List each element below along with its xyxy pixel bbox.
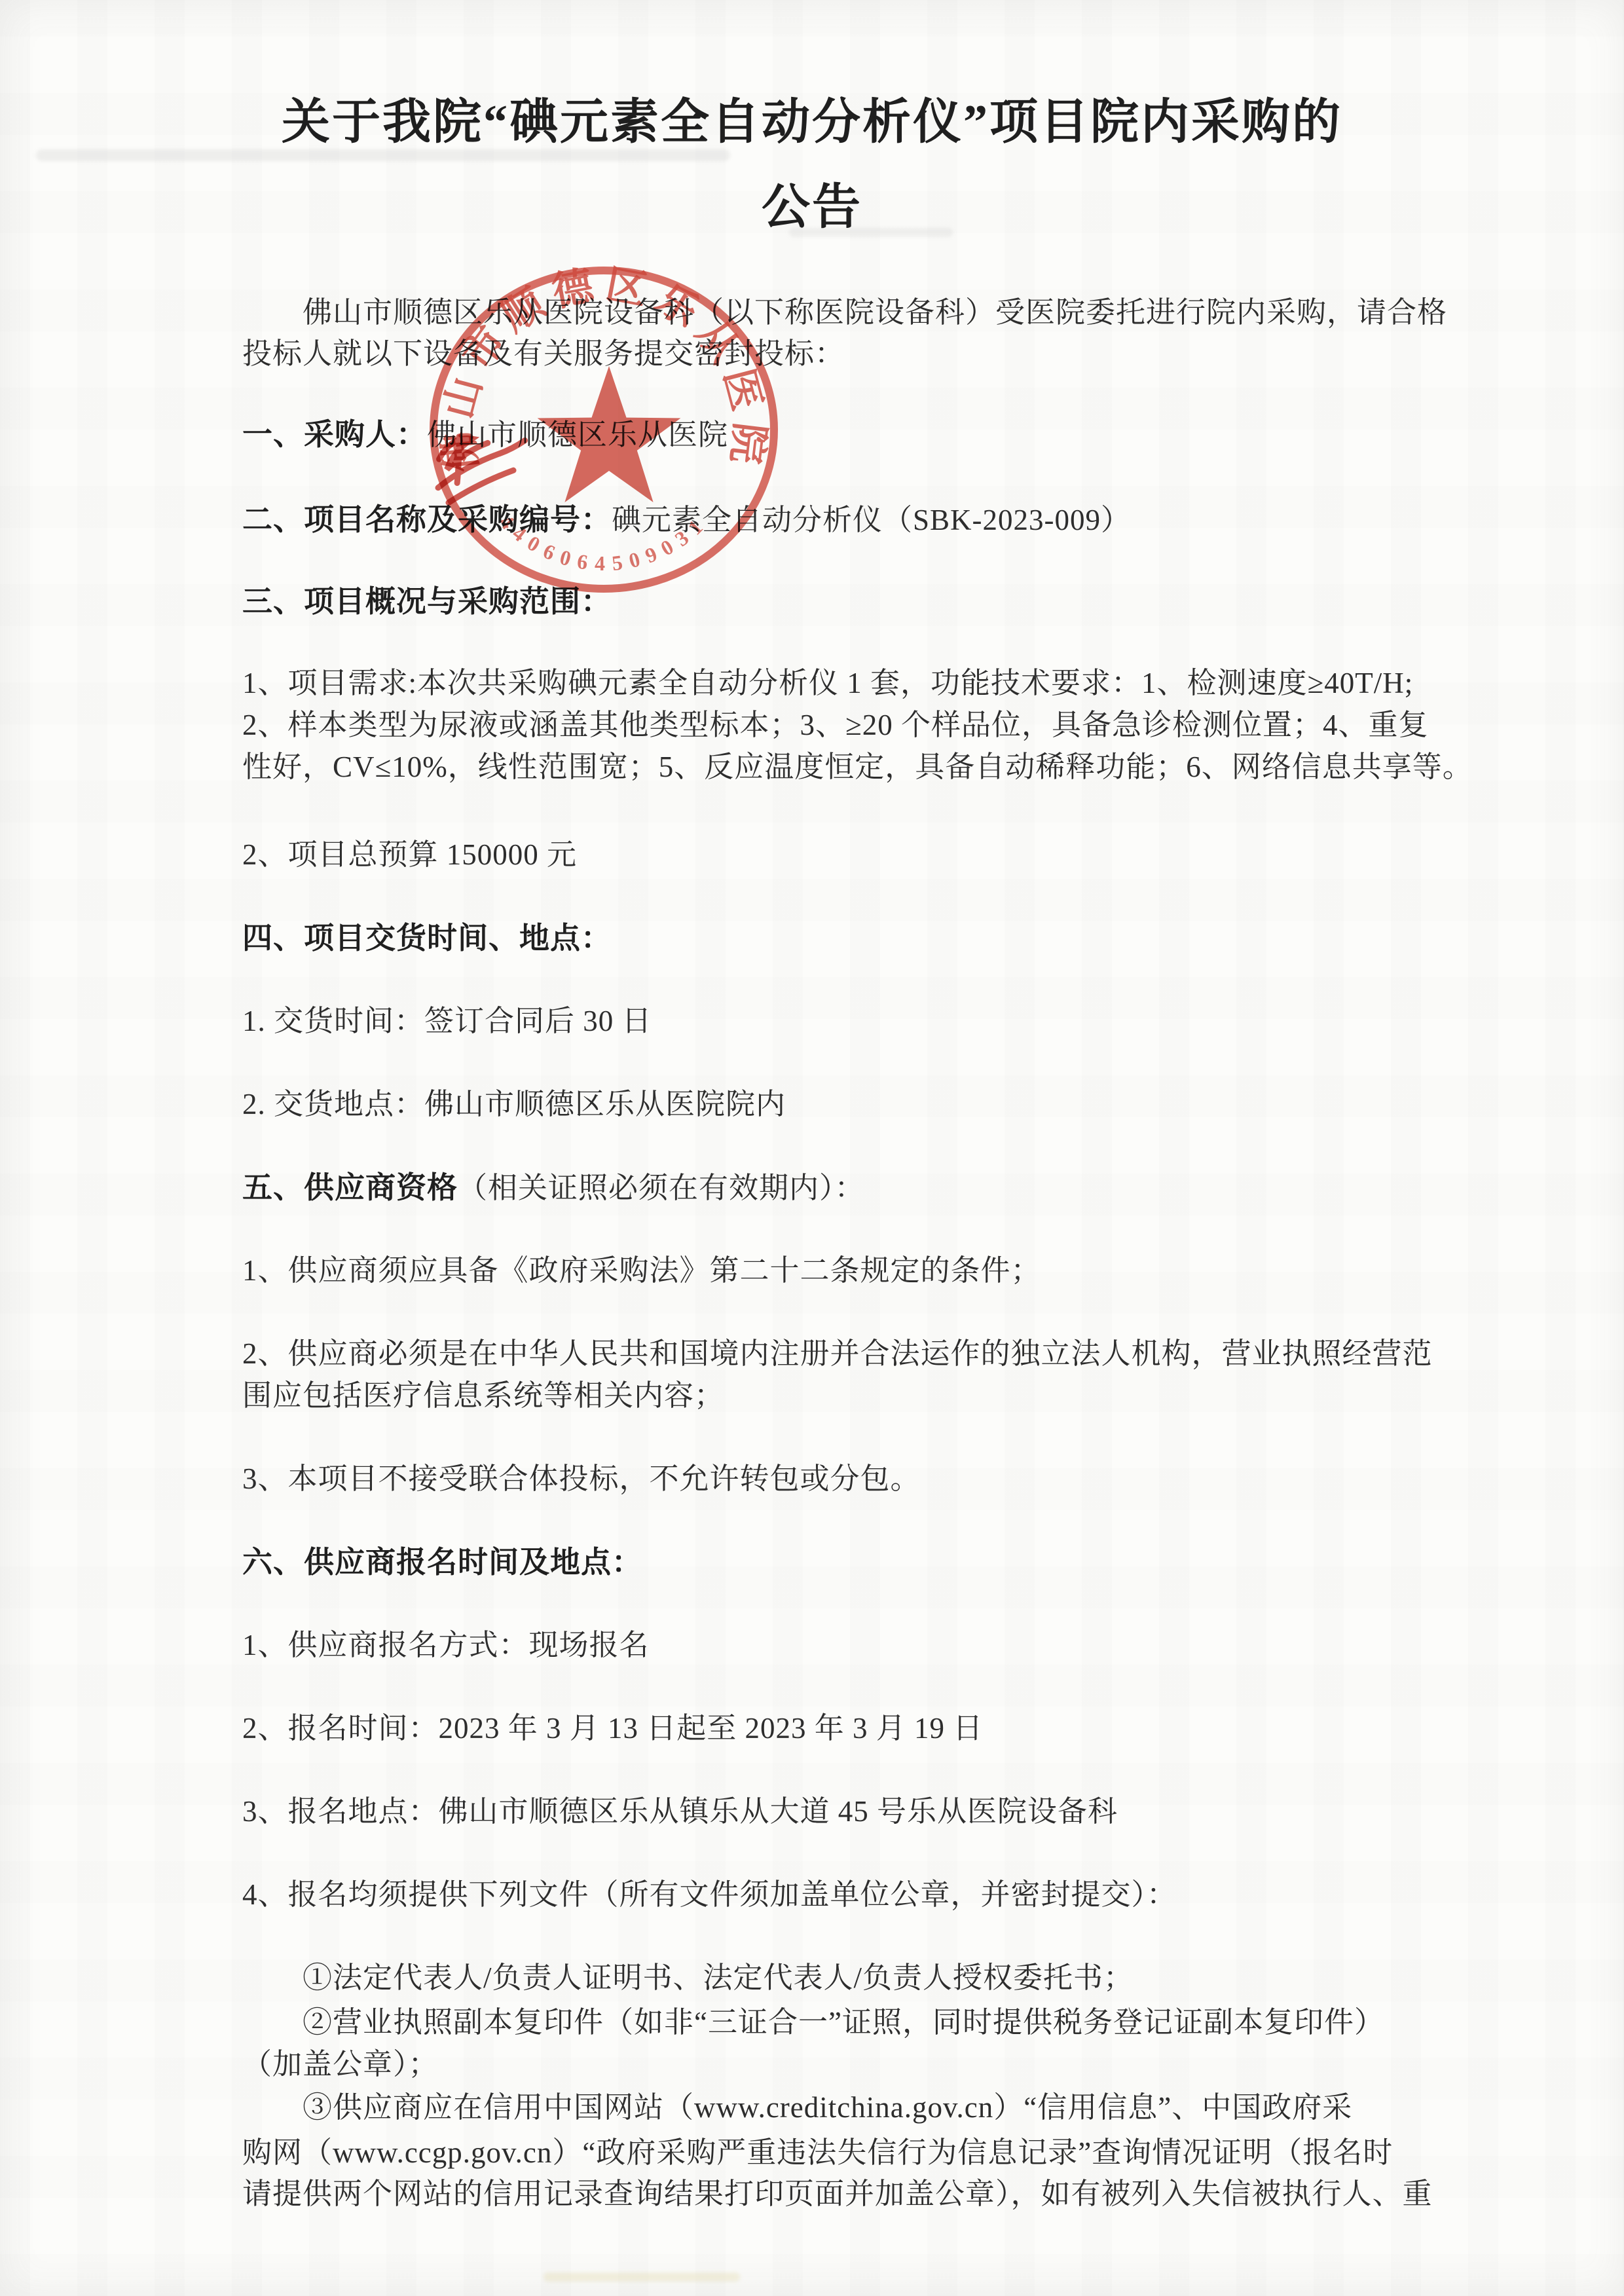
section-heading-registration: 六、供应商报名时间及地点：	[242, 1546, 642, 1579]
line-text: 性好，CV≤10%，线性范围宽；5、反应温度恒定，具备自动稀释功能；6、网络信息…	[242, 750, 1473, 783]
heading-label: 一、采购人：	[242, 418, 427, 451]
section-heading-supplier-qualification: 五、供应商资格（相关证照必须在有效期内）：	[242, 1172, 865, 1204]
line-text: 1、供应商报名方式：现场报名	[242, 1629, 650, 1661]
line-text: 3、报名地点：佛山市顺德区乐从镇乐从大道 45 号乐从医院设备科	[242, 1795, 1118, 1828]
body-line: 请提供两个网站的信用记录查询结果打印页面并加盖公章），如有被列入失信被执行人、重	[242, 2178, 1433, 2210]
body-line-registration-method: 1、供应商报名方式：现场报名	[242, 1629, 650, 1661]
body-line: 3、本项目不接受联合体投标，不允许转包或分包。	[242, 1463, 921, 1495]
line-text: 请提供两个网站的信用记录查询结果打印页面并加盖公章），如有被列入失信被执行人、重	[242, 2177, 1433, 2210]
scan-smudge	[36, 149, 730, 161]
line-text: ①法定代表人/负责人证明书、法定代表人/负责人授权委托书；	[303, 1961, 1134, 1994]
body-line-registration-place: 3、报名地点：佛山市顺德区乐从镇乐从大道 45 号乐从医院设备科	[242, 1796, 1118, 1828]
body-line: 2、样本类型为尿液或涵盖其他类型标本；3、≥20 个样品位，具备急诊检测位置；4…	[242, 709, 1428, 741]
line-text: ③供应商应在信用中国网站（www.creditchina.gov.cn）“信用信…	[303, 2091, 1352, 2124]
body-line: 1、项目需求:本次共采购碘元素全自动分析仪 1 套，功能技术要求：1、检测速度≥…	[242, 667, 1413, 699]
document-page: 关于我院“碘元素全自动分析仪”项目院内采购的 公告 佛山市顺德区乐从医院设备科（…	[0, 0, 1624, 2296]
title-line-2: 公告	[0, 182, 1624, 234]
body-line: 性好，CV≤10%，线性范围宽；5、反应温度恒定，具备自动稀释功能；6、网络信息…	[242, 751, 1473, 783]
heading-label: 六、供应商报名时间及地点：	[242, 1546, 642, 1579]
body-line: 购网（www.ccgp.gov.cn）“政府采购严重违法失信行为信息记录”查询情…	[242, 2137, 1393, 2169]
title-line-1: 关于我院“碘元素全自动分析仪”项目院内采购的	[0, 97, 1624, 149]
body-line-registration-time: 2、报名时间：2023 年 3 月 13 日起至 2023 年 3 月 19 日	[242, 1713, 983, 1745]
section-heading-delivery: 四、项目交货时间、地点：	[242, 922, 612, 955]
line-text: 2、供应商必须是在中华人民共和国境内注册并合法运作的独立法人机构，营业执照经营范	[242, 1337, 1433, 1370]
line-text: 围应包括医疗信息系统等相关内容；	[242, 1379, 724, 1412]
scan-smudge	[544, 2272, 740, 2282]
seal-star-icon	[538, 366, 681, 502]
body-line-delivery-place: 2. 交货地点：佛山市顺德区乐从医院院内	[242, 1088, 786, 1120]
body-line-budget: 2、项目总预算 150000 元	[242, 839, 577, 871]
svg-text:4406064509031: 4406064509031	[495, 509, 713, 575]
line-text: 4、报名均须提供下列文件（所有文件须加盖单位公章，并密封提交）：	[242, 1878, 1177, 1911]
title-text: 关于我院“碘元素全自动分析仪”项目院内采购的	[282, 96, 1342, 149]
line-text: 2、报名时间：2023 年 3 月 13 日起至 2023 年 3 月 19 日	[242, 1712, 983, 1745]
line-text: 2、样本类型为尿液或涵盖其他类型标本；3、≥20 个样品位，具备急诊检测位置；4…	[242, 709, 1428, 741]
body-line-delivery-time: 1. 交货时间：签订合同后 30 日	[242, 1005, 652, 1037]
body-line-documents-required: 4、报名均须提供下列文件（所有文件须加盖单位公章，并密封提交）：	[242, 1879, 1177, 1911]
heading-label: 五、供应商资格	[242, 1171, 458, 1204]
body-line-doc-item-2: ②营业执照副本复印件（如非“三证合一”证照，同时提供税务登记证副本复印件）	[303, 2007, 1384, 2039]
body-line-doc-item-3: ③供应商应在信用中国网站（www.creditchina.gov.cn）“信用信…	[303, 2092, 1352, 2124]
line-text: ②营业执照副本复印件（如非“三证合一”证照，同时提供税务登记证副本复印件）	[303, 2006, 1384, 2039]
line-text: （加盖公章）；	[242, 2048, 439, 2081]
signature-stroke	[435, 433, 491, 470]
line-text: 1、供应商须应具备《政府采购法》第二十二条规定的条件；	[242, 1254, 1041, 1287]
heading-label: 四、项目交货时间、地点：	[242, 921, 612, 955]
body-line: 围应包括医疗信息系统等相关内容；	[242, 1380, 724, 1412]
line-text: 1. 交货时间：签订合同后 30 日	[242, 1005, 652, 1037]
line-text: （相关证照必须在有效期内）：	[458, 1172, 865, 1204]
line-text: 购网（www.ccgp.gov.cn）“政府采购严重违法失信行为信息记录”查询情…	[242, 2136, 1393, 2169]
body-line: 1、供应商须应具备《政府采购法》第二十二条规定的条件；	[242, 1255, 1041, 1287]
title-text: 公告	[762, 181, 862, 234]
line-text: 3、本项目不接受联合体投标，不允许转包或分包。	[242, 1462, 921, 1495]
body-line: （加盖公章）；	[242, 2048, 439, 2081]
line-text: 2. 交货地点：佛山市顺德区乐从医院院内	[242, 1088, 786, 1120]
line-text: 1、项目需求:本次共采购碘元素全自动分析仪 1 套，功能技术要求：1、检测速度≥…	[242, 667, 1413, 699]
line-text: 2、项目总预算 150000 元	[242, 838, 577, 871]
body-line: 2、供应商必须是在中华人民共和国境内注册并合法运作的独立法人机构，营业执照经营范	[242, 1338, 1433, 1370]
body-line-doc-item-1: ①法定代表人/负责人证明书、法定代表人/负责人授权委托书；	[303, 1962, 1134, 1994]
seal-number: 4406064509031	[495, 509, 713, 575]
